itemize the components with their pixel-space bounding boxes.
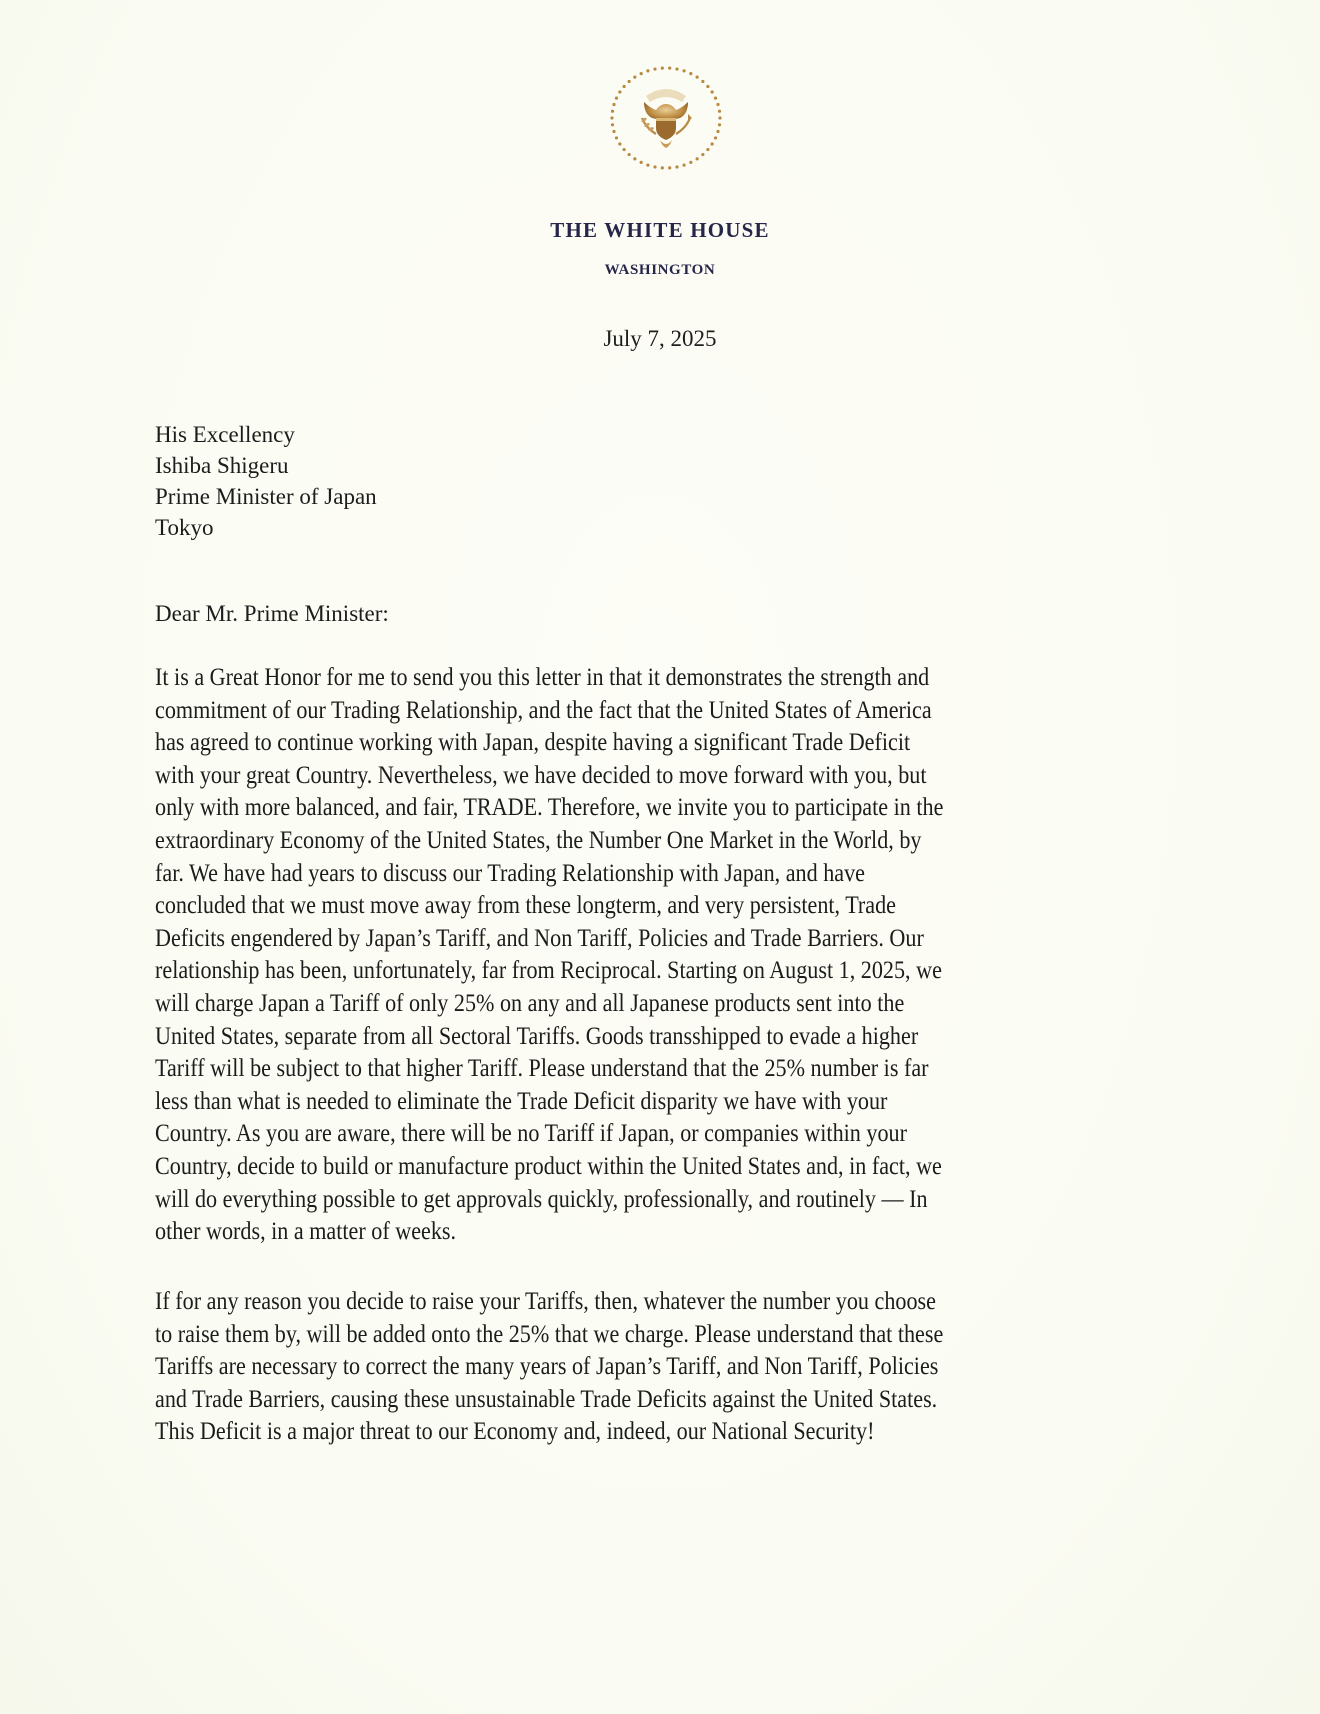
body-line: will do everything possible to get appro… xyxy=(155,1184,1204,1217)
recipient-title: Prime Minister of Japan xyxy=(155,481,377,512)
body-line: far. We have had years to discuss our Tr… xyxy=(155,858,1204,891)
body-line: with your great Country. Nevertheless, w… xyxy=(155,760,1204,793)
body-line: will charge Japan a Tariff of only 25% o… xyxy=(155,988,1204,1021)
body-line: If for any reason you decide to raise yo… xyxy=(155,1286,1204,1319)
letter-date: July 7, 2025 xyxy=(0,326,1320,352)
body-line: Tariffs are necessary to correct the man… xyxy=(155,1351,1204,1384)
recipient-honorific: His Excellency xyxy=(155,419,377,450)
body-line: This Deficit is a major threat to our Ec… xyxy=(155,1416,1204,1449)
body-line: relationship has been, unfortunately, fa… xyxy=(155,955,1204,988)
recipient-name: Ishiba Shigeru xyxy=(155,450,377,481)
letterhead-title: THE WHITE HOUSE xyxy=(0,218,1320,243)
body-line: commitment of our Trading Relationship, … xyxy=(155,695,1204,728)
body-line: to raise them by, will be added onto the… xyxy=(155,1319,1204,1352)
salutation: Dear Mr. Prime Minister: xyxy=(155,601,389,627)
letterhead-city: WASHINGTON xyxy=(0,262,1320,279)
body-line: other words, in a matter of weeks. xyxy=(155,1216,1204,1249)
recipient-address: His Excellency Ishiba Shigeru Prime Mini… xyxy=(155,419,377,543)
body-line: and Trade Barriers, causing these unsust… xyxy=(155,1384,1204,1417)
body-line: Deficits engendered by Japan’s Tariff, a… xyxy=(155,923,1204,956)
body-line: Tariff will be subject to that higher Ta… xyxy=(155,1053,1204,1086)
body-paragraph-1: It is a Great Honor for me to send you t… xyxy=(155,662,1204,1249)
body-paragraph-2: If for any reason you decide to raise yo… xyxy=(155,1286,1204,1449)
body-line: It is a Great Honor for me to send you t… xyxy=(155,662,1204,695)
body-line: United States, separate from all Sectora… xyxy=(155,1021,1204,1054)
presidential-seal-icon xyxy=(604,62,728,174)
body-line: Country. As you are aware, there will be… xyxy=(155,1118,1204,1151)
recipient-city: Tokyo xyxy=(155,512,377,543)
body-line: Country, decide to build or manufacture … xyxy=(155,1151,1204,1184)
body-line: only with more balanced, and fair, TRADE… xyxy=(155,792,1204,825)
letter-page: THE WHITE HOUSE WASHINGTON July 7, 2025 … xyxy=(0,0,1320,1714)
body-line: has agreed to continue working with Japa… xyxy=(155,727,1204,760)
body-line: concluded that we must move away from th… xyxy=(155,890,1204,923)
body-line: less than what is needed to eliminate th… xyxy=(155,1086,1204,1119)
body-line: extraordinary Economy of the United Stat… xyxy=(155,825,1204,858)
